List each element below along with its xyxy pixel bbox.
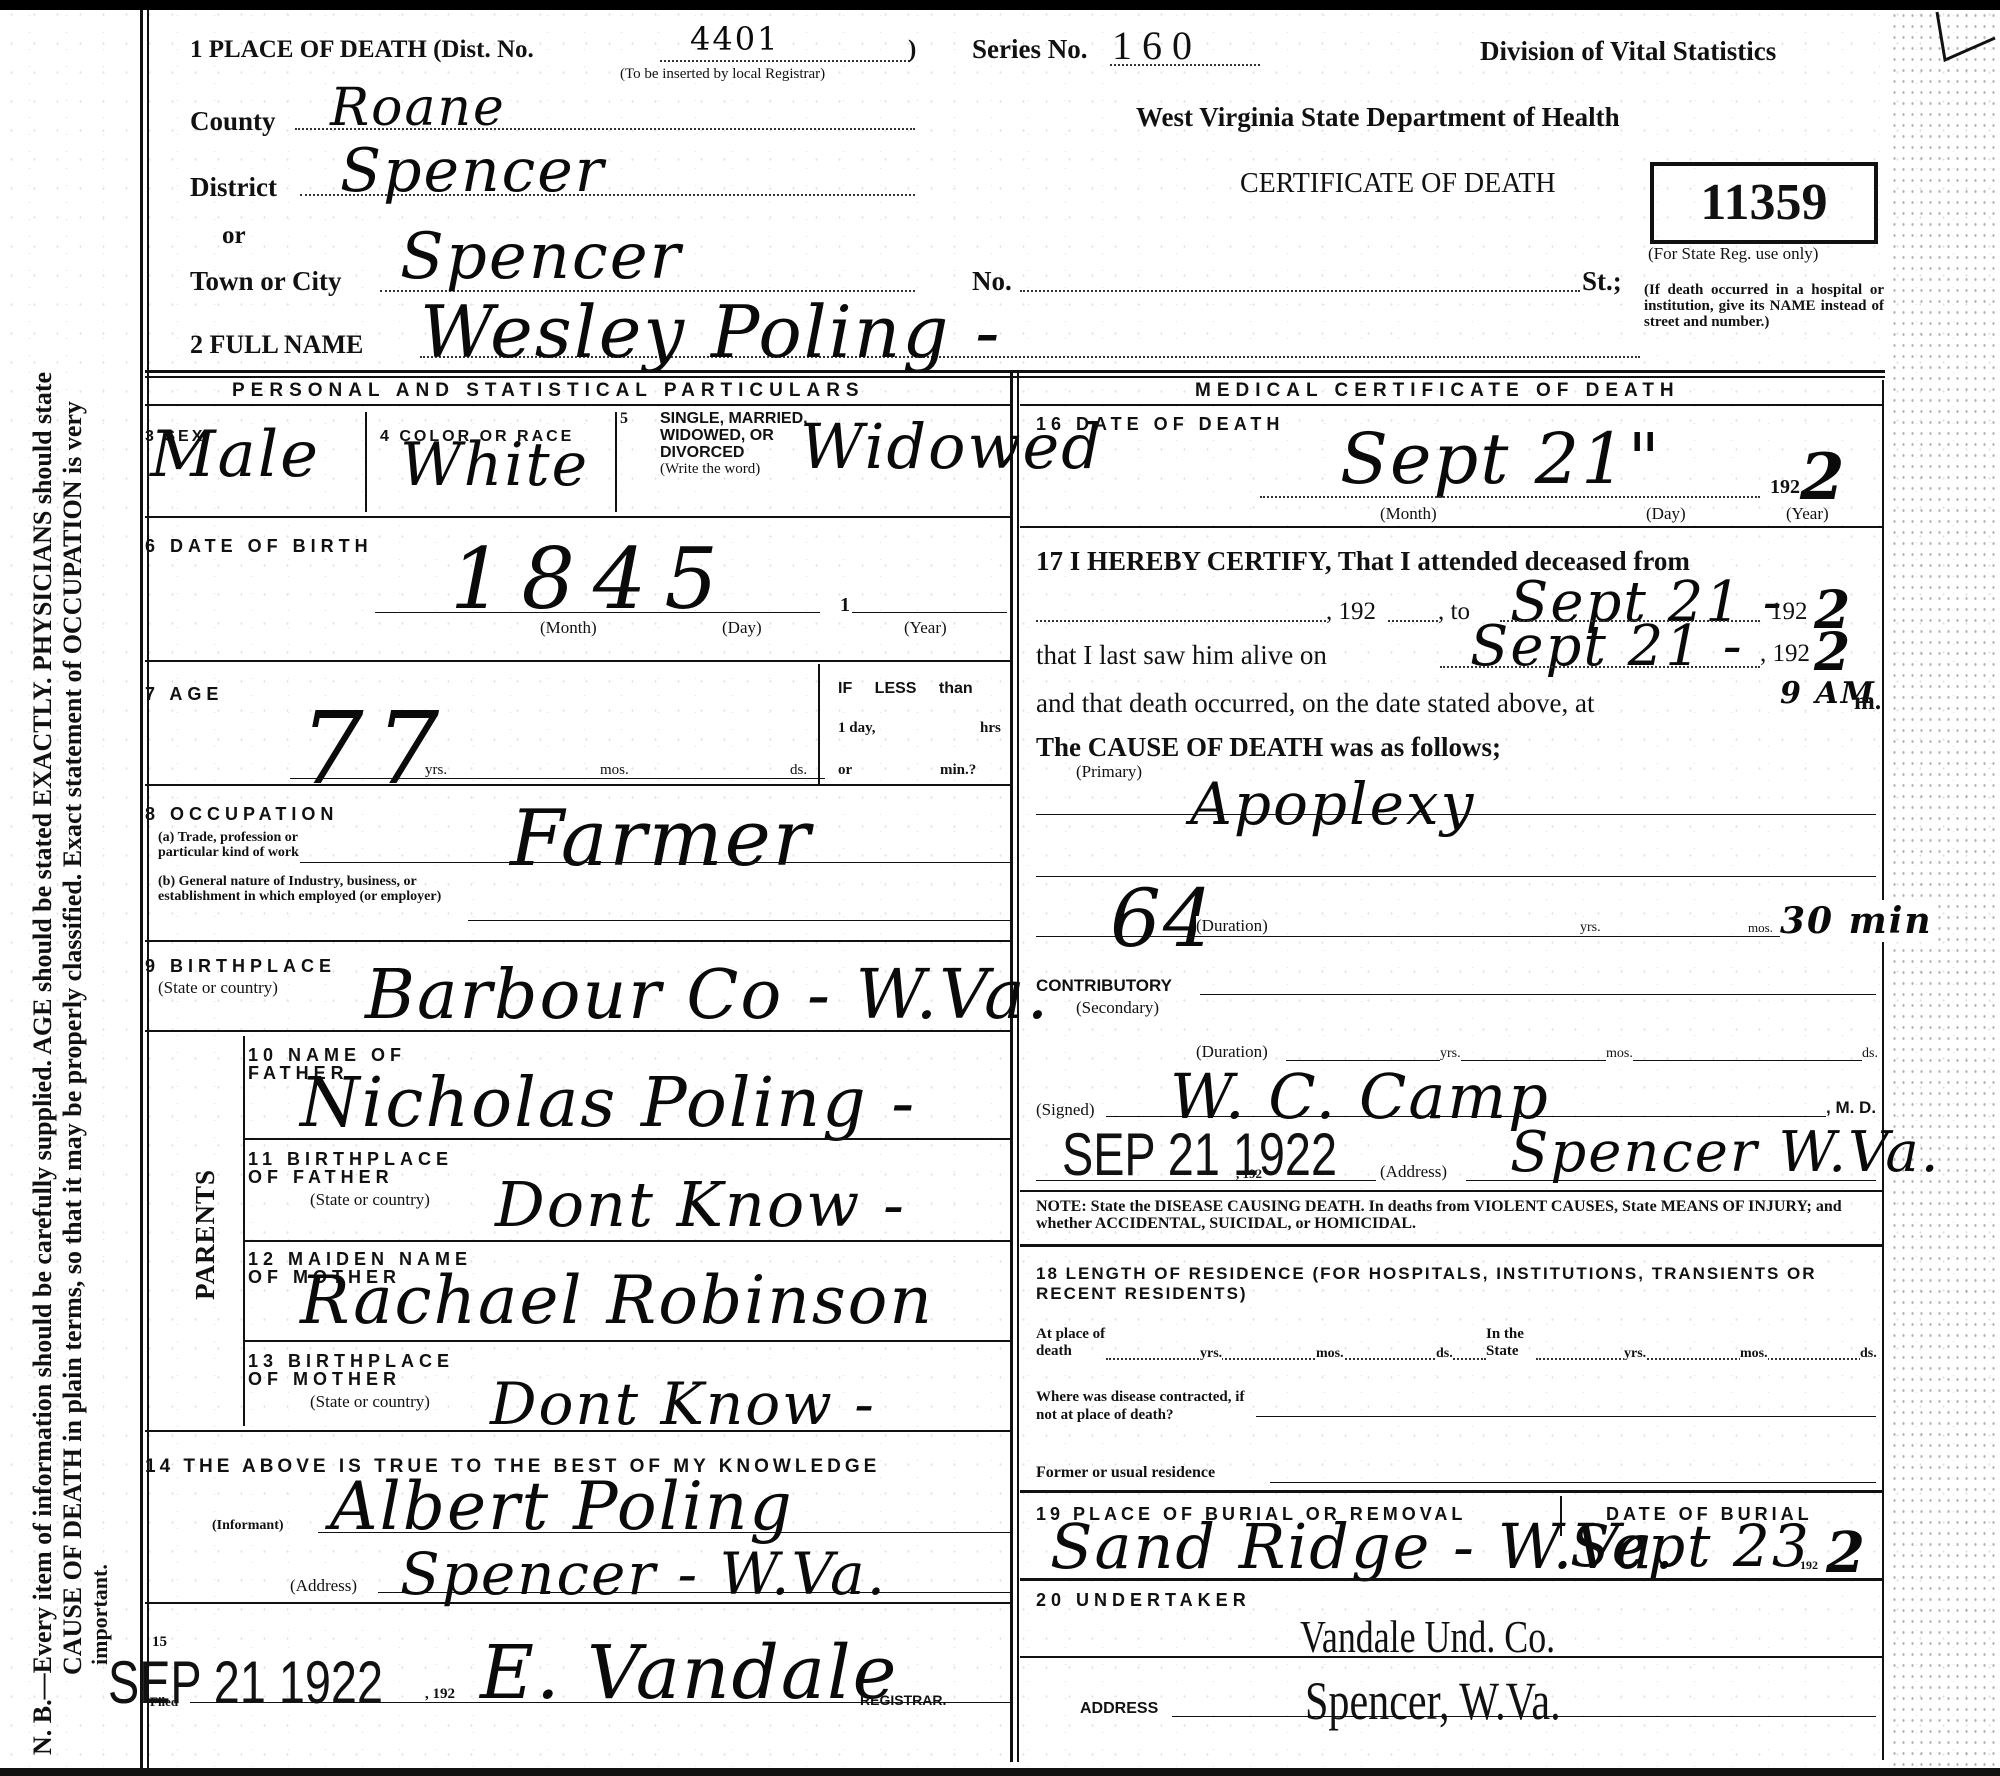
father-value: Nicholas Poling - <box>300 1064 916 1143</box>
personal-title-rule <box>145 404 1010 406</box>
duration2-label: (Duration) <box>1196 1042 1268 1062</box>
less-than-1: IF LESS than <box>838 680 973 698</box>
medical-title-rule <box>1020 404 1882 406</box>
birthplace-label: 9 BIRTHPLACE <box>145 956 336 977</box>
undertaker-label: 20 UNDERTAKER <box>1036 1590 1251 1611</box>
registrar-label: REGISTRAR. <box>860 1692 946 1708</box>
or-label: or <box>222 222 246 250</box>
former-label: Former or usual residence <box>1036 1464 1215 1482</box>
in-state-mos: mos. <box>1740 1346 1768 1362</box>
burial-date-value: Sept 23 <box>1570 1512 1811 1580</box>
marital-options-text: SINGLE, MARRIED, WIDOWED, OR DIVORCED <box>660 410 810 461</box>
town-label: Town or City <box>190 266 342 297</box>
former-line <box>1270 1482 1876 1483</box>
at-place-ds: ds. <box>1436 1346 1453 1362</box>
row-rule-7 <box>145 1030 1010 1032</box>
last-saw-line <box>1440 666 1760 668</box>
certify-from-192: , 192 <box>1326 598 1376 626</box>
medical-section-title: MEDICAL CERTIFICATE OF DEATH <box>1195 380 1680 402</box>
less-than-hrs: hrs <box>980 720 1001 737</box>
informant-value: Albert Poling <box>330 1468 794 1545</box>
scan-edge-noise <box>1890 10 2000 1770</box>
certify-from-year-line <box>1388 620 1438 622</box>
age-mos: mos. <box>600 762 629 779</box>
occupation-value: Farmer <box>510 794 812 884</box>
dob-day-label: (Day) <box>722 618 762 638</box>
form-left-border <box>140 10 143 1770</box>
center-divider <box>1010 372 1013 1762</box>
signed-date-line <box>1036 1180 1376 1181</box>
contracted-line <box>1256 1416 1876 1417</box>
certificate-title: CERTIFICATE OF DEATH <box>1240 168 1556 200</box>
father-bp-label: 11 BIRTHPLACE OF FATHER <box>248 1150 488 1186</box>
in-state-label: In the State <box>1486 1326 1556 1360</box>
row-rule-informant <box>145 1602 1010 1604</box>
dob-value: 1845 <box>450 530 736 628</box>
address-value: Spencer - W.Va. <box>400 1540 887 1608</box>
und-address-value: Spencer, W.Va. <box>1305 1670 1561 1732</box>
parents-divider <box>243 1036 245 1426</box>
burial-date-year: 2 <box>1826 1520 1867 1586</box>
at-place-line <box>1106 1358 1486 1360</box>
signed-stamp: SEP 21 1922 <box>1062 1120 1337 1189</box>
dod-month-label: (Month) <box>1380 504 1437 524</box>
signed-label: (Signed) <box>1036 1100 1095 1120</box>
contracted-label: Where was disease contracted, if not at … <box>1036 1388 1266 1424</box>
parents-label-wrap: PARENTS <box>190 1169 221 1300</box>
town-value: Spencer <box>400 220 682 294</box>
series-line <box>1110 64 1260 66</box>
parents-label: PARENTS <box>190 1169 221 1300</box>
county-value: Roane <box>330 78 506 138</box>
certify-to-year-prefix: 192 <box>1770 598 1808 626</box>
form-left-border-inner <box>147 10 149 1770</box>
at-place-mos: mos. <box>1316 1346 1344 1362</box>
contributory-line <box>1200 994 1876 995</box>
occupation-a: (a) Trade, profession or particular kind… <box>158 830 308 860</box>
series-label: Series No. <box>972 34 1087 65</box>
division-title: Division of Vital Statistics <box>1480 36 1776 67</box>
dist-no-value: 4401 <box>690 20 779 58</box>
row-rule-mother <box>245 1340 1010 1342</box>
form-right-border <box>1882 380 1884 1760</box>
race-divider <box>615 412 617 512</box>
certify-to: , to <box>1438 598 1470 626</box>
birthplace-sub: (State or country) <box>158 978 278 998</box>
age-line <box>290 778 825 779</box>
district-label: District <box>190 172 277 203</box>
dod-year-prefix: 192 <box>1770 476 1800 499</box>
dob-year-label: (Year) <box>904 618 947 638</box>
series-value: 160 <box>1112 22 1202 69</box>
occupation-a-line <box>300 862 1010 863</box>
contributory-label: CONTRIBUTORY <box>1036 976 1172 996</box>
duration2-ds: ds. <box>1862 1046 1878 1062</box>
certificate-number-box: 11359 <box>1650 162 1878 244</box>
sex-value: Male <box>150 418 320 492</box>
department-title: West Virginia State Department of Health <box>1136 102 1620 133</box>
full-name-value: Wesley Poling - <box>420 290 1002 374</box>
row-rule-mother-bp <box>145 1430 1010 1432</box>
folded-corner-icon <box>1935 10 2000 70</box>
duration-value: 30 min <box>1780 900 1933 942</box>
father-bp-value: Dont Know - <box>495 1168 906 1241</box>
occurred-label: and that death occurred, on the date sta… <box>1036 688 1595 719</box>
in-state-line <box>1536 1358 1876 1360</box>
sig-address-label: (Address) <box>1380 1162 1447 1182</box>
dod-value: Sept 21" <box>1340 418 1662 500</box>
dist-no-line <box>660 60 910 62</box>
filed-label: Filed <box>150 1694 178 1710</box>
occurred-suffix: m. <box>1854 688 1881 716</box>
birthplace-value: Barbour Co - W.Va. <box>365 956 1050 1035</box>
occupation-b-line <box>468 920 1010 921</box>
secondary-label: (Secondary) <box>1076 998 1159 1018</box>
burial-date-192: 192 <box>1800 1558 1818 1573</box>
in-state-yrs: yrs. <box>1624 1346 1646 1362</box>
dod-rule <box>1020 526 1882 528</box>
primary-line-1 <box>1036 814 1876 815</box>
dob-label: 6 DATE OF BIRTH <box>145 536 373 557</box>
dod-label: 16 DATE OF DEATH <box>1036 414 1284 435</box>
dod-year-label: (Year) <box>1786 504 1829 524</box>
street-st-label: St.; <box>1582 266 1622 297</box>
scan-bottom-border <box>0 1768 2000 1776</box>
row-rule-4 <box>145 660 1010 662</box>
residence-label: 18 LENGTH OF RESIDENCE (FOR HOSPITALS, I… <box>1036 1264 1876 1304</box>
at-place-yrs: yrs. <box>1200 1346 1222 1362</box>
signed-rule <box>1020 1190 1882 1192</box>
header-rule-2 <box>145 376 1885 378</box>
sex-divider <box>365 412 367 512</box>
age-label: 7 AGE <box>145 684 223 705</box>
row-rule-father-bp <box>245 1240 1010 1242</box>
age-yrs: yrs. <box>425 762 447 779</box>
row-rule-3 <box>145 516 1010 518</box>
street-line <box>1020 290 1580 292</box>
dob-month-label: (Month) <box>540 618 597 638</box>
occupation-label: 8 OCCUPATION <box>145 804 338 825</box>
duration-label: (Duration) <box>1196 916 1268 936</box>
race-value: White <box>400 430 589 500</box>
age-divider <box>818 664 820 784</box>
certificate-number-note: (For State Reg. use only) <box>1648 244 1818 264</box>
row-rule-5 <box>145 784 1010 786</box>
dob-year-line <box>852 612 1007 613</box>
last-saw-value: Sept 21 - <box>1470 614 1744 679</box>
primary-label: (Primary) <box>1076 762 1142 782</box>
duration-line <box>1036 936 1876 937</box>
district-value: Spencer <box>340 136 605 206</box>
mother-value: Rachael Robinson <box>300 1262 934 1339</box>
address-label: (Address) <box>290 1576 357 1596</box>
duration2-mos: mos. <box>1606 1046 1633 1062</box>
certificate-number: 11359 <box>1654 166 1874 240</box>
last-saw-year: 2 <box>1814 622 1852 683</box>
undertaker-line <box>1020 1656 1882 1658</box>
header-rule <box>145 370 1885 373</box>
less-than-3: or <box>838 762 852 779</box>
dod-day-label: (Day) <box>1646 504 1686 524</box>
mother-bp-value: Dont Know - <box>490 1370 876 1438</box>
dob-year-prefix: 1 <box>840 594 850 617</box>
marital-num: 5 <box>620 410 628 428</box>
marital-options: SINGLE, MARRIED, WIDOWED, OR DIVORCED (W… <box>660 410 810 478</box>
place-of-death-label: 1 PLACE OF DEATH (Dist. No. <box>190 36 534 64</box>
dist-no-close: ) <box>908 36 916 64</box>
in-state-ds: ds. <box>1860 1346 1877 1362</box>
duration-yrs: yrs. <box>1580 920 1601 936</box>
dob-line <box>375 612 820 613</box>
duration-mos: mos. <box>1748 920 1773 936</box>
age-value: 77 <box>300 690 451 807</box>
occupation-b: (b) General nature of Industry, business… <box>158 874 468 904</box>
hospital-note: (If death occurred in a hospital or inst… <box>1644 282 1884 330</box>
mother-bp-label: 13 BIRTHPLACE OF MOTHER <box>248 1352 488 1388</box>
row-rule-father <box>245 1138 1010 1140</box>
county-label: County <box>190 106 276 137</box>
age-ds: ds. <box>790 762 807 779</box>
former-rule <box>1020 1490 1882 1493</box>
filed-192: , 192 <box>425 1686 455 1703</box>
md-label: , M. D. <box>1826 1098 1876 1118</box>
und-address-label: ADDRESS <box>1080 1700 1158 1718</box>
burial-rule <box>1020 1578 1882 1581</box>
certify-from-line <box>1036 620 1326 622</box>
signed-192: , 192 <box>1236 1166 1262 1182</box>
cause-label: The CAUSE OF DEATH was as follows; <box>1036 732 1501 763</box>
personal-section-title: PERSONAL AND STATISTICAL PARTICULARS <box>232 380 865 402</box>
informant-label: (Informant) <box>212 1518 284 1534</box>
less-than-min: min.? <box>940 762 976 779</box>
scan-top-border <box>0 0 2000 10</box>
center-divider-2 <box>1017 372 1019 1762</box>
note-text: NOTE: State the DISEASE CAUSING DEATH. I… <box>1036 1198 1876 1232</box>
dod-line <box>1260 496 1760 498</box>
primary-value: Apoplexy <box>1190 770 1475 838</box>
row-rule-6 <box>145 940 1010 942</box>
registrar-signature: E. Vandale <box>480 1630 898 1716</box>
last-saw-label: that I last saw him alive on <box>1036 640 1327 671</box>
at-place-label: At place of death <box>1036 1326 1126 1360</box>
mother-bp-sub: (State or country) <box>310 1392 430 1412</box>
margin-note: N. B.—Every item of information should b… <box>28 75 112 1755</box>
sig-address-value: Spencer W.Va. <box>1510 1120 1941 1185</box>
last-saw-year-prefix: , 192 <box>1760 640 1810 668</box>
father-bp-sub: (State or country) <box>310 1190 430 1210</box>
full-name-label: 2 FULL NAME <box>190 330 363 360</box>
less-than-2: 1 day, <box>838 720 876 737</box>
dist-no-note: (To be inserted by local Registrar) <box>620 66 825 83</box>
marital-write-note: (Write the word) <box>660 461 810 478</box>
note-rule <box>1020 1244 1882 1247</box>
